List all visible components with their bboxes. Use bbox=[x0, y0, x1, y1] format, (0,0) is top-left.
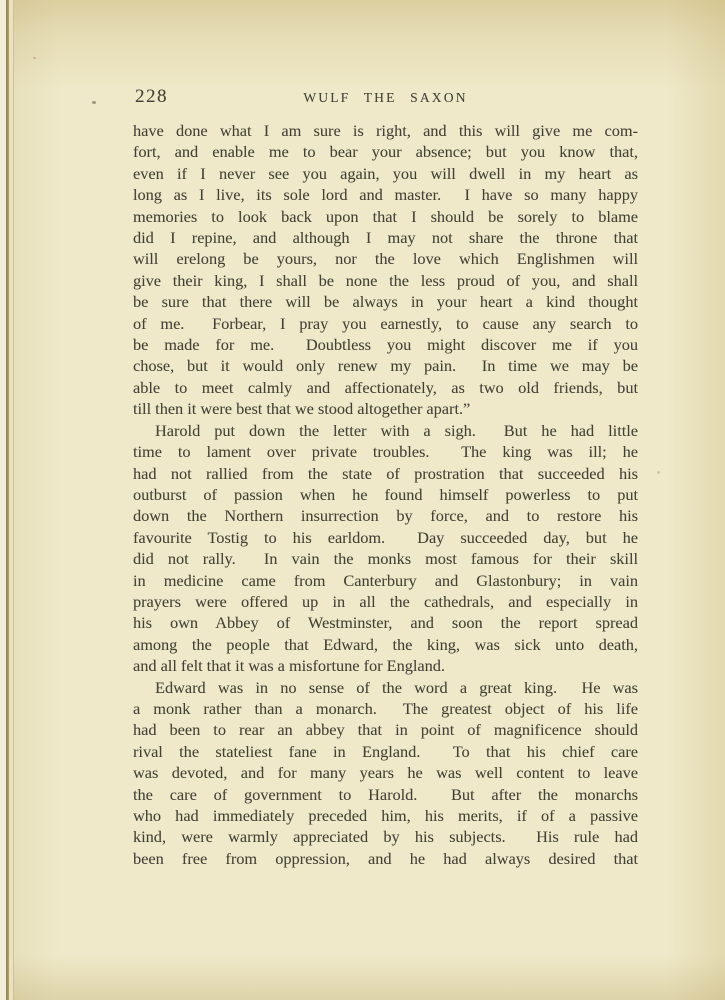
text-line: kind, were warmly appreciated by his sub… bbox=[133, 826, 638, 847]
text-line: have done what I am sure is right, and t… bbox=[133, 120, 638, 141]
text-line: had not rallied from the state of prostr… bbox=[133, 463, 638, 484]
text-line: give their king, I shall be none the les… bbox=[133, 270, 638, 291]
text-line: his own Abbey of Westminster, and soon t… bbox=[133, 612, 638, 633]
paper-speck bbox=[92, 101, 96, 104]
text-line: time to lament over private troubles. Th… bbox=[133, 441, 638, 462]
text-line: memories to look back upon that I should… bbox=[133, 206, 638, 227]
text-line: prayers were offered up in all the cathe… bbox=[133, 591, 638, 612]
text-line: favourite Tostig to his earldom. Day suc… bbox=[133, 527, 638, 548]
text-line: outburst of passion when he found himsel… bbox=[133, 484, 638, 505]
text-line: who had immediately preceded him, his me… bbox=[133, 805, 638, 826]
paper-speck bbox=[657, 471, 660, 474]
body-text: have done what I am sure is right, and t… bbox=[133, 120, 638, 869]
text-line: Edward was in no sense of the word a gre… bbox=[133, 677, 638, 698]
paragraph: have done what I am sure is right, and t… bbox=[133, 120, 638, 420]
text-line: was devoted, and for many years he was w… bbox=[133, 762, 638, 783]
paragraph: Edward was in no sense of the word a gre… bbox=[133, 677, 638, 870]
text-line: among the people that Edward, the king, … bbox=[133, 634, 638, 655]
text-line: the care of government to Harold. But af… bbox=[133, 784, 638, 805]
text-line: had been to rear an abbey that in point … bbox=[133, 719, 638, 740]
text-line: even if I never see you again, you will … bbox=[133, 163, 638, 184]
running-header: WULF THE SAXON bbox=[133, 90, 638, 106]
text-line: chose, but it would only renew my pain. … bbox=[133, 355, 638, 376]
page-edge-line bbox=[13, 0, 14, 1000]
text-line: be sure that there will be always in you… bbox=[133, 291, 638, 312]
text-line: Harold put down the letter with a sigh. … bbox=[133, 420, 638, 441]
book-page-scan: 228 WULF THE SAXON have done what I am s… bbox=[0, 0, 725, 1000]
text-line: down the Northern insurrection by force,… bbox=[133, 505, 638, 526]
text-line: of me. Forbear, I pray you earnestly, to… bbox=[133, 313, 638, 334]
text-line: fort, and enable me to bear your absence… bbox=[133, 141, 638, 162]
text-line: will erelong be yours, nor the love whic… bbox=[133, 248, 638, 269]
text-line: able to meet calmly and affectionately, … bbox=[133, 377, 638, 398]
paragraph: Harold put down the letter with a sigh. … bbox=[133, 420, 638, 677]
text-line: a monk rather than a monarch. The greate… bbox=[133, 698, 638, 719]
text-line: been free from oppression, and he had al… bbox=[133, 848, 638, 869]
text-line: till then it were best that we stood alt… bbox=[133, 398, 638, 419]
text-line: and all felt that it was a misfortune fo… bbox=[133, 655, 638, 676]
text-line: long as I live, its sole lord and master… bbox=[133, 184, 638, 205]
page-header: 228 WULF THE SAXON bbox=[133, 86, 638, 112]
text-line: did not rally. In vain the monks most fa… bbox=[133, 548, 638, 569]
paper-speck bbox=[33, 57, 36, 59]
text-line: be made for me. Doubtless you might disc… bbox=[133, 334, 638, 355]
text-line: rival the stateliest fane in England. To… bbox=[133, 741, 638, 762]
text-line: in medicine came from Canterbury and Gla… bbox=[133, 570, 638, 591]
text-line: did I repine, and although I may not sha… bbox=[133, 227, 638, 248]
